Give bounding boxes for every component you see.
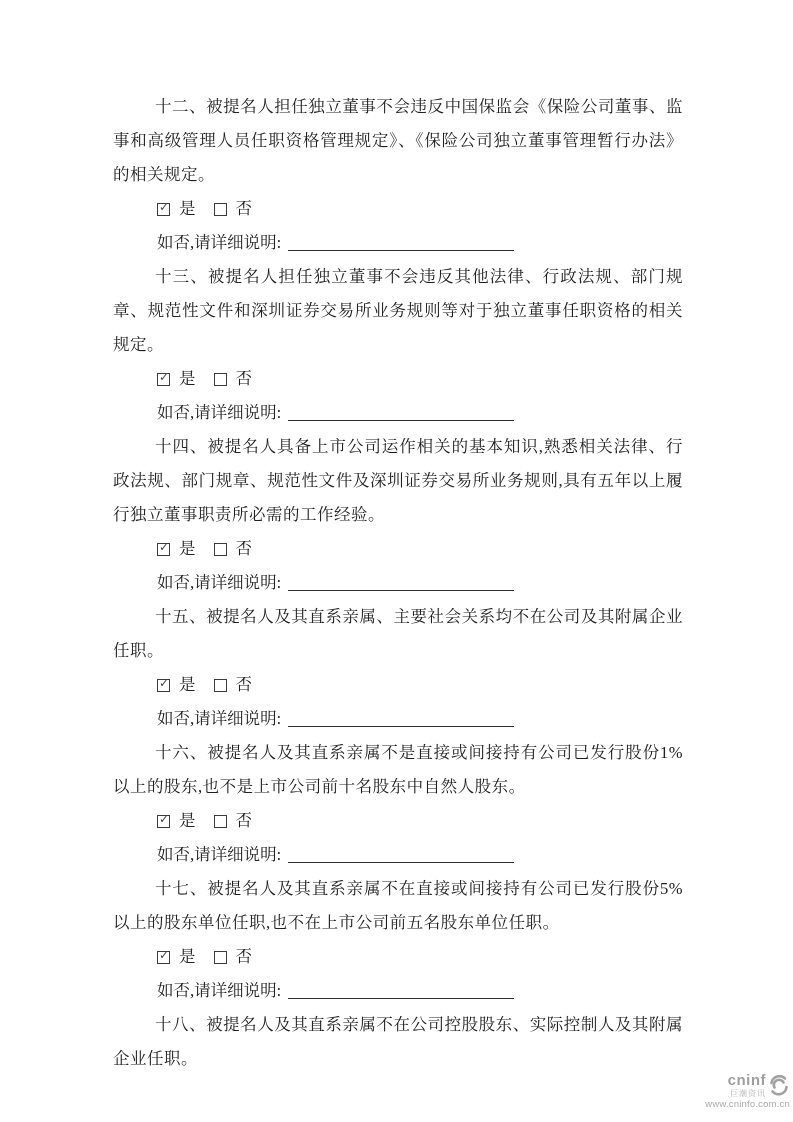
form-item-14: 十四、被提名人具备上市公司运作相关的基本知识,熟悉相关法律、行政法规、部门规章、… [113,430,683,600]
explain-blank-field[interactable] [288,708,514,727]
check-mark-icon: ✓ [159,812,169,826]
check-mark-icon: ✓ [159,200,169,214]
cninfo-brand-text: cninf [728,1073,766,1089]
yes-no-row: ✓ 是 否 [113,804,683,838]
cninfo-swirl-icon [768,1074,790,1096]
explain-label: 如否,请详细说明: [157,709,281,728]
check-mark-icon: ✓ [159,370,169,384]
explain-row: 如否,请详细说明: [113,226,683,260]
yes-checkbox[interactable]: ✓ [157,951,170,964]
no-checkbox[interactable] [214,951,227,964]
item-statement: 十二、被提名人担任独立董事不会违反中国保监会《保险公司董事、监事和高级管理人员任… [113,90,683,192]
form-item-12: 十二、被提名人担任独立董事不会违反中国保监会《保险公司董事、监事和高级管理人员任… [113,90,683,260]
yes-no-row: ✓ 是 否 [113,532,683,566]
yes-label: 是 [179,362,197,396]
check-mark-icon: ✓ [159,948,169,962]
cninfo-brand-chinese: 巨潮资讯 [728,1090,766,1098]
form-item-16: 十六、被提名人及其直系亲属不是直接或间接持有公司已发行股份1%以上的股东,也不是… [113,736,683,872]
yes-checkbox[interactable]: ✓ [157,203,170,216]
item-statement: 十八、被提名人及其直系亲属不在公司控股股东、实际控制人及其附属企业任职。 [113,1008,683,1076]
cninfo-brand-block: cninf 巨潮资讯 [670,1073,790,1098]
yes-label: 是 [179,668,197,702]
item-statement: 十三、被提名人担任独立董事不会违反其他法律、行政法规、部门规章、规范性文件和深圳… [113,260,683,362]
item-statement: 十五、被提名人及其直系亲属、主要社会关系均不在公司及其附属企业任职。 [113,600,683,668]
check-mark-icon: ✓ [159,676,169,690]
yes-label: 是 [179,940,197,974]
no-label: 否 [236,804,254,838]
yes-no-row: ✓ 是 否 [113,668,683,702]
explain-row: 如否,请详细说明: [113,974,683,1008]
form-item-15: 十五、被提名人及其直系亲属、主要社会关系均不在公司及其附属企业任职。 ✓ 是 否… [113,600,683,736]
explain-label: 如否,请详细说明: [157,233,281,252]
yes-label: 是 [179,532,197,566]
explain-label: 如否,请详细说明: [157,981,281,1000]
yes-no-row: ✓ 是 否 [113,362,683,396]
no-checkbox[interactable] [214,373,227,386]
no-label: 否 [236,192,254,226]
form-item-17: 十七、被提名人及其直系亲属不在直接或间接持有公司已发行股份5%以上的股东单位任职… [113,872,683,1008]
no-label: 否 [236,668,254,702]
explain-blank-field[interactable] [288,572,514,591]
explain-row: 如否,请详细说明: [113,838,683,872]
explain-row: 如否,请详细说明: [113,396,683,430]
cninfo-url: www.cninfo.com.cn [670,1100,790,1110]
item-statement: 十四、被提名人具备上市公司运作相关的基本知识,熟悉相关法律、行政法规、部门规章、… [113,430,683,532]
yes-checkbox[interactable]: ✓ [157,679,170,692]
no-checkbox[interactable] [214,815,227,828]
explain-label: 如否,请详细说明: [157,845,281,864]
yes-no-row: ✓ 是 否 [113,192,683,226]
cninfo-logo: cninf 巨潮资讯 www.cninfo.com.cn [670,1073,790,1110]
explain-label: 如否,请详细说明: [157,403,281,422]
explain-row: 如否,请详细说明: [113,566,683,600]
explain-label: 如否,请详细说明: [157,573,281,592]
no-checkbox[interactable] [214,203,227,216]
no-checkbox[interactable] [214,543,227,556]
form-item-18: 十八、被提名人及其直系亲属不在公司控股股东、实际控制人及其附属企业任职。 [113,1008,683,1076]
yes-checkbox[interactable]: ✓ [157,815,170,828]
yes-label: 是 [179,192,197,226]
yes-checkbox[interactable]: ✓ [157,543,170,556]
yes-checkbox[interactable]: ✓ [157,373,170,386]
explain-blank-field[interactable] [288,844,514,863]
form-item-13: 十三、被提名人担任独立董事不会违反其他法律、行政法规、部门规章、规范性文件和深圳… [113,260,683,430]
document-body: 十二、被提名人担任独立董事不会违反中国保监会《保险公司董事、监事和高级管理人员任… [113,90,683,1076]
check-mark-icon: ✓ [159,540,169,554]
no-label: 否 [236,532,254,566]
explain-blank-field[interactable] [288,232,514,251]
no-label: 否 [236,940,254,974]
yes-no-row: ✓ 是 否 [113,940,683,974]
explain-blank-field[interactable] [288,402,514,421]
no-label: 否 [236,362,254,396]
item-statement: 十七、被提名人及其直系亲属不在直接或间接持有公司已发行股份5%以上的股东单位任职… [113,872,683,940]
explain-row: 如否,请详细说明: [113,702,683,736]
item-statement: 十六、被提名人及其直系亲属不是直接或间接持有公司已发行股份1%以上的股东,也不是… [113,736,683,804]
explain-blank-field[interactable] [288,980,514,999]
no-checkbox[interactable] [214,679,227,692]
yes-label: 是 [179,804,197,838]
